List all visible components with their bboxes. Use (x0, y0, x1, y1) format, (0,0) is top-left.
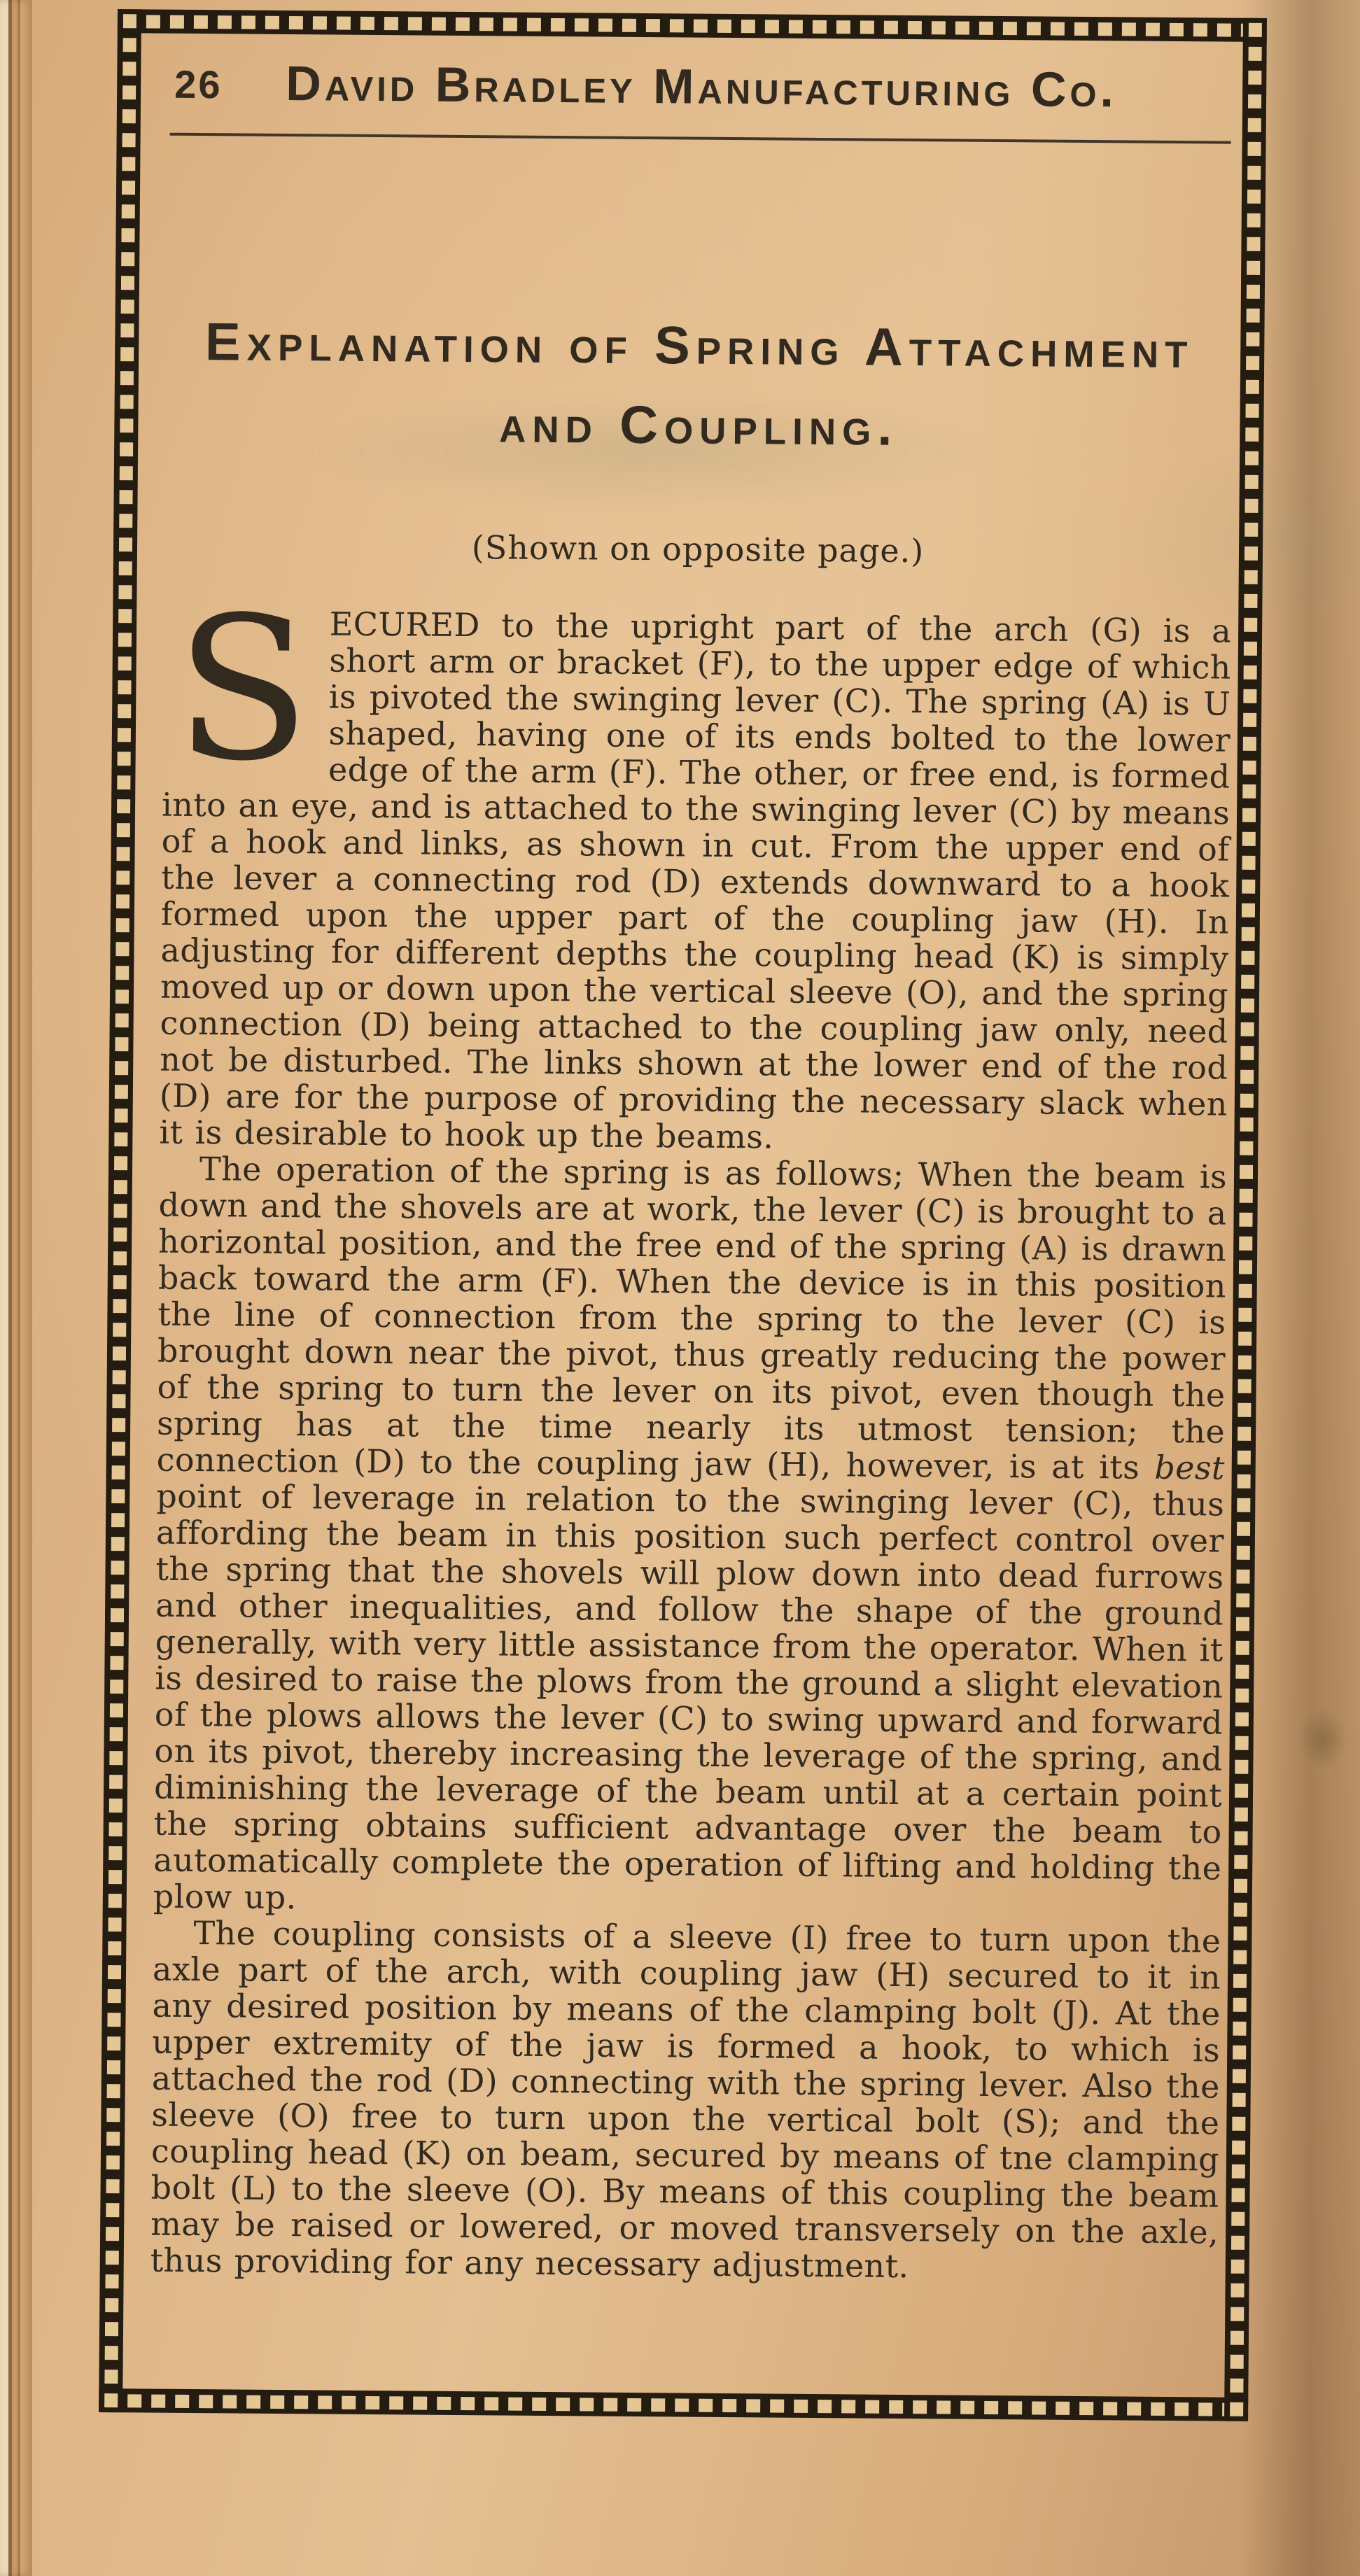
page-title: Explanation of Spring Attachment and Cou… (164, 302, 1234, 470)
page-subtitle: (Shown on opposite page.) (164, 526, 1232, 572)
page-title-line2: and Coupling. (164, 382, 1233, 470)
paragraph-2-text-before: The operation of the spring is as follow… (157, 1150, 1228, 1486)
book-left-page-edges (0, 0, 32, 2576)
dropcap-initial: S (162, 605, 330, 763)
page-border-frame: 26 David Bradley Manufacturing Co. Expla… (99, 9, 1267, 2421)
header-rule (170, 133, 1231, 144)
body-text: SECURED to the upright part of the arch … (150, 605, 1232, 2287)
paragraph-3-text: The coupling consists of a sleeve (I) fr… (150, 1914, 1221, 2285)
running-header: 26 David Bradley Manufacturing Co. (167, 52, 1236, 127)
paragraph-2-text-after: point of leverage in relation to the swi… (153, 1477, 1225, 1917)
paragraph-1: SECURED to the upright part of the arch … (159, 605, 1231, 1159)
paragraph-2-italic-word: best (1154, 1449, 1225, 1487)
paragraph-3: The coupling consists of a sleeve (I) fr… (150, 1915, 1221, 2287)
paragraph-2: The operation of the spring is as follow… (153, 1150, 1228, 1923)
running-head-title: David Bradley Manufacturing Co. (167, 52, 1236, 119)
page-number: 26 (174, 62, 223, 108)
page-content: 26 David Bradley Manufacturing Co. Expla… (122, 33, 1242, 2397)
page-title-line1: Explanation of Spring Attachment (165, 302, 1234, 390)
book-page-scan: 26 David Bradley Manufacturing Co. Expla… (0, 0, 1360, 2576)
